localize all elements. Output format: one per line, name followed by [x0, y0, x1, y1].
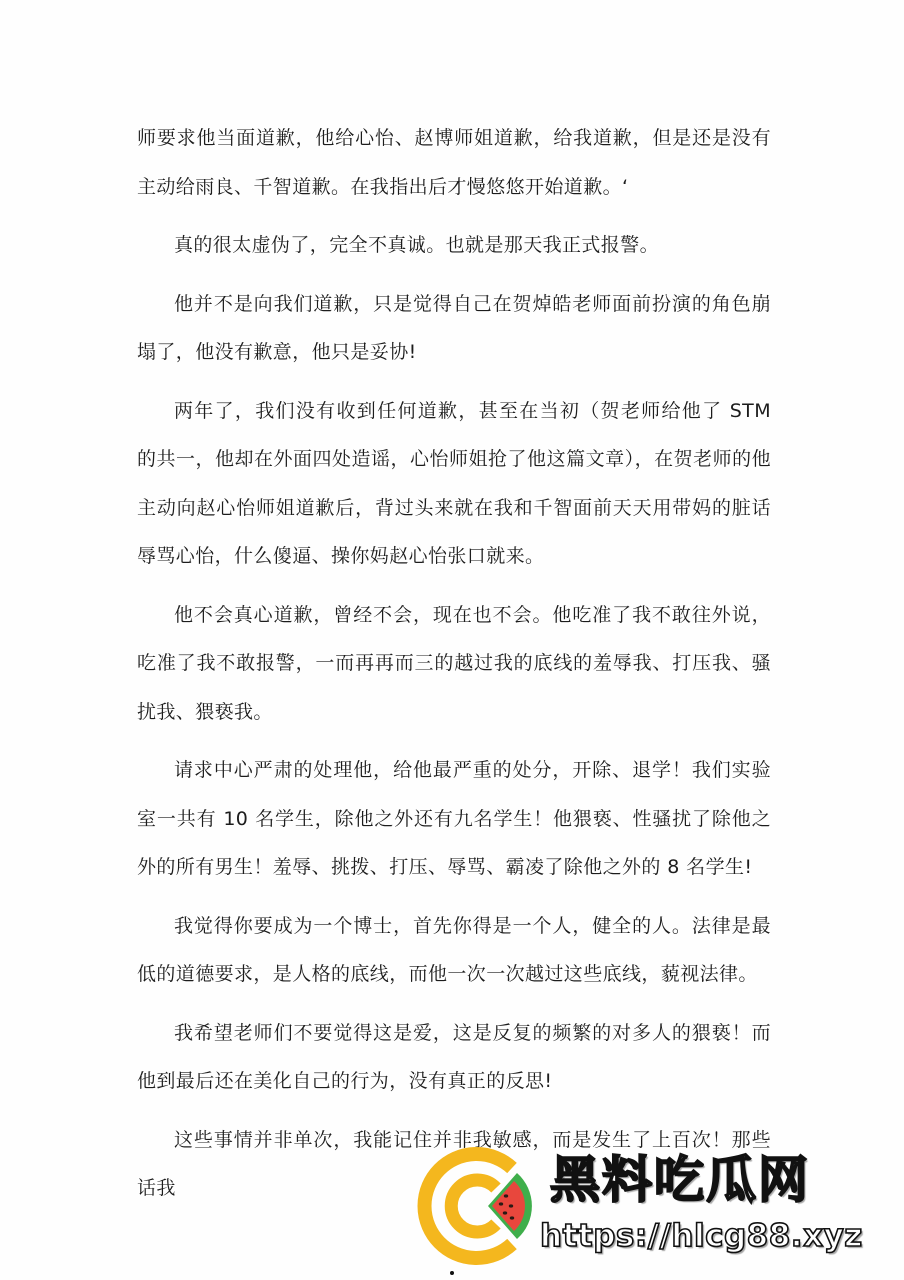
- watermark-overlay: 黑料吃瓜网 https://hlcg88.xyz: [412, 1143, 852, 1268]
- document-body: 师要求他当面道歉，他给心怡、赵博师姐道歉，给我道歉，但是还是没有主动给雨良、千智…: [137, 114, 771, 1223]
- watermark-url: https://hlcg88.xyz: [540, 1217, 863, 1255]
- watermark-title: 黑料吃瓜网: [550, 1151, 810, 1209]
- paragraph-3: 他并不是向我们道歉，只是觉得自己在贺焯皓老师面前扮演的角色崩塌了，他没有歉意，他…: [137, 280, 771, 377]
- page-marker-dot: [450, 1271, 454, 1275]
- document-page: 师要求他当面道歉，他给心怡、赵博师姐道歉，给我道歉，但是还是没有主动给雨良、千智…: [0, 0, 904, 1280]
- paragraph-1: 师要求他当面道歉，他给心怡、赵博师姐道歉，给我道歉，但是还是没有主动给雨良、千智…: [137, 114, 771, 211]
- paragraph-7: 我觉得你要成为一个博士，首先你得是一个人，健全的人。法律是最低的道德要求，是人格…: [137, 902, 771, 999]
- paragraph-6: 请求中心严肃的处理他，给他最严重的处分，开除、退学！我们实验室一共有 10 名学…: [137, 746, 771, 892]
- watermelon-c-logo-icon: [416, 1146, 536, 1266]
- paragraph-5: 他不会真心道歉，曾经不会，现在也不会。他吃准了我不敢往外说，吃准了我不敢报警，一…: [137, 591, 771, 737]
- paragraph-8: 我希望老师们不要觉得这是爱，这是反复的频繁的对多人的猥亵！而他到最后还在美化自己…: [137, 1009, 771, 1106]
- paragraph-2: 真的很太虚伪了，完全不真诚。也就是那天我正式报警。: [137, 221, 771, 270]
- paragraph-4: 两年了，我们没有收到任何道歉，甚至在当初（贺老师给他了 STM 的共一，他却在外…: [137, 387, 771, 581]
